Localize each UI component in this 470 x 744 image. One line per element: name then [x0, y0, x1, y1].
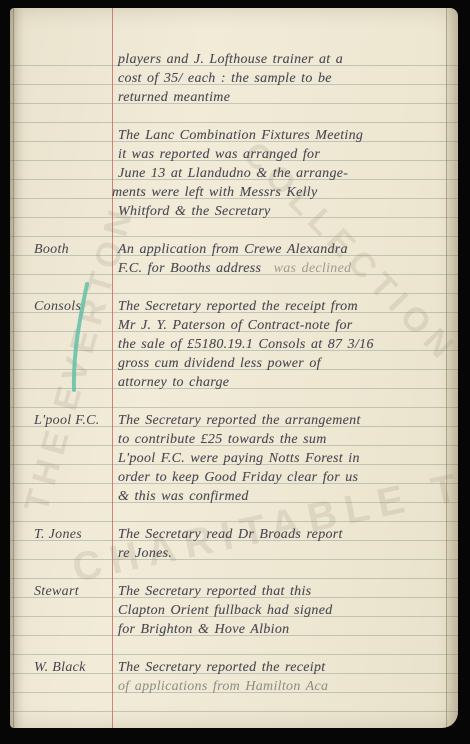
minute-paragraph: players and J. Lofthouse trainer at a co… — [10, 50, 446, 107]
margin-label: L'pool F.C. — [34, 411, 100, 430]
margin-label: T. Jones — [34, 525, 82, 544]
handwritten-line: cost of 35/ each : the sample to be — [118, 69, 446, 88]
handwritten-line: Whitford & the Secretary — [118, 202, 446, 221]
handwritten-line: re Jones. — [118, 544, 446, 563]
scan-background: THE EVERTON COLLECTION CHARITABLE TRUST … — [0, 0, 470, 744]
handwritten-line: gross cum dividend less power of — [118, 354, 446, 373]
minute-entry-stewart: Stewart The Secretary reported that this… — [10, 582, 446, 639]
margin-label: W. Black — [34, 658, 86, 677]
handwritten-line: Mr J. Y. Paterson of Contract-note for — [118, 316, 446, 335]
handwritten-line: F.C. for Booths address was declined — [118, 259, 446, 278]
minute-entry-black: W. Black The Secretary reported the rece… — [10, 658, 446, 696]
margin-label: Stewart — [34, 582, 79, 601]
handwritten-line: & this was confirmed — [118, 487, 446, 506]
page-fore-edge — [446, 8, 458, 728]
handwritten-line: The Secretary reported the arrangement — [118, 411, 446, 430]
handwritten-line: players and J. Lofthouse trainer at a — [118, 50, 446, 69]
handwritten-line: of applications from Hamilton Aca — [118, 677, 446, 696]
handwritten-line: Clapton Orient fullback had signed — [118, 601, 446, 620]
ledger-page: THE EVERTON COLLECTION CHARITABLE TRUST … — [10, 8, 458, 728]
handwritten-line: The Lanc Combination Fixtures Meeting — [118, 126, 446, 145]
handwritten-line: The Secretary reported that this — [118, 582, 446, 601]
handwritten-line: June 13 at Llandudno & the arrange- — [118, 164, 446, 183]
minute-paragraph: The Lanc Combination Fixtures Meeting it… — [10, 126, 446, 221]
handwritten-line: The Secretary reported the receipt from — [118, 297, 446, 316]
handwritten-line: attorney to charge — [118, 373, 446, 392]
faint-annotation: was declined — [274, 261, 352, 276]
handwritten-line: An application from Crewe Alexandra — [118, 240, 446, 259]
handwritten-line: order to keep Good Friday clear for us — [118, 468, 446, 487]
minute-entry-booth: Booth An application from Crewe Alexandr… — [10, 240, 446, 278]
handwritten-line: the sale of £5180.19.1 Consols at 87 3/1… — [118, 335, 446, 354]
handwritten-line: returned meantime — [118, 88, 446, 107]
handwritten-line: L'pool F.C. were paying Notts Forest in — [118, 449, 446, 468]
handwritten-line: The Secretary read Dr Broads report — [118, 525, 446, 544]
minute-entry-jones: T. Jones The Secretary read Dr Broads re… — [10, 525, 446, 563]
handwritten-line: The Secretary reported the receipt — [118, 658, 446, 677]
handwritten-line: it was reported was arranged for — [118, 145, 446, 164]
minute-entry-consols: Consols The Secretary reported the recei… — [10, 297, 446, 392]
handwritten-line: for Brighton & Hove Albion — [118, 620, 446, 639]
margin-label: Consols — [34, 297, 81, 316]
handwritten-line: to contribute £25 towards the sum — [118, 430, 446, 449]
handwritten-text: F.C. for Booths address — [118, 261, 261, 276]
minute-entry-lpool-fc: L'pool F.C. The Secretary reported the a… — [10, 411, 446, 506]
handwritten-line: ments were left with Messrs Kelly — [112, 183, 446, 202]
margin-label: Booth — [34, 240, 69, 259]
